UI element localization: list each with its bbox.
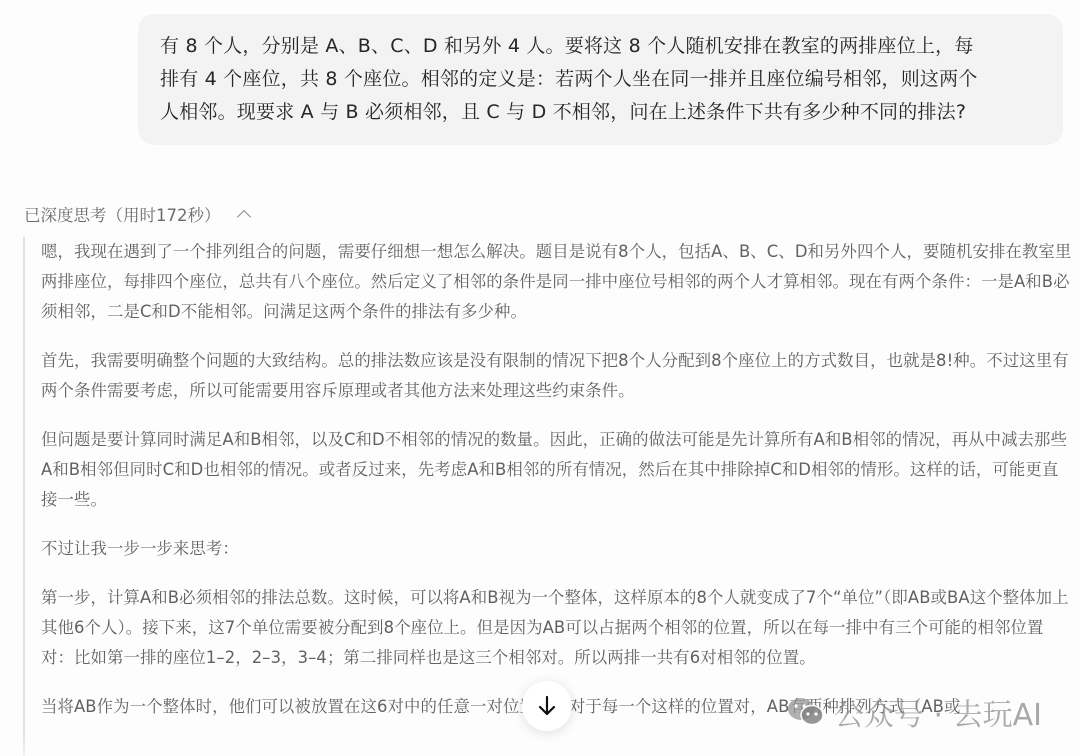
watermark-text: 公众号 · 去玩AI — [834, 690, 1042, 734]
thinking-toggle[interactable]: 已深度思考（用时172秒） — [24, 200, 249, 228]
bottom-fade — [0, 740, 1080, 756]
thinking-content: 嗯，我现在遇到了一个排列组合的问题，需要仔细想一想怎么解决。题目是说有8个人，包… — [23, 237, 1073, 756]
arrow-down-icon — [537, 695, 557, 717]
thinking-paragraph: 嗯，我现在遇到了一个排列组合的问题，需要仔细想一想怎么解决。题目是说有8个人，包… — [41, 237, 1073, 327]
thinking-paragraph: 但问题是要计算同时满足A和B相邻，以及C和D不相邻的情况的数量。因此，正确的做法… — [41, 425, 1073, 515]
wechat-icon — [786, 696, 826, 728]
user-message-line: 排有 4 个座位，共 8 个座位。相邻的定义是：若两个人坐在同一排并且座位编号相… — [160, 63, 1043, 96]
user-message-line: 人相邻。现要求 A 与 B 必须相邻，且 C 与 D 不相邻，问在上述条件下共有… — [160, 96, 1043, 129]
thinking-paragraph: 首先，我需要明确整个问题的大致结构。总的排法数应该是没有限制的情况下把8个人分配… — [41, 346, 1073, 406]
user-message-bubble: 有 8 个人，分别是 A、B、C、D 和另外 4 人。要将这 8 个人随机安排在… — [138, 14, 1063, 145]
scroll-to-bottom-button[interactable] — [522, 681, 572, 731]
thinking-header-label: 已深度思考（用时172秒） — [24, 202, 221, 226]
user-message-line: 有 8 个人，分别是 A、B、C、D 和另外 4 人。要将这 8 个人随机安排在… — [160, 30, 1043, 63]
chevron-up-icon[interactable] — [236, 210, 250, 224]
watermark: 公众号 · 去玩AI — [786, 690, 1042, 734]
thinking-paragraph: 不过让我一步一步来思考： — [41, 534, 1073, 564]
thinking-paragraph: 第一步，计算A和B必须相邻的排法总数。这时候，可以将A和B视为一个整体，这样原本… — [41, 583, 1073, 673]
